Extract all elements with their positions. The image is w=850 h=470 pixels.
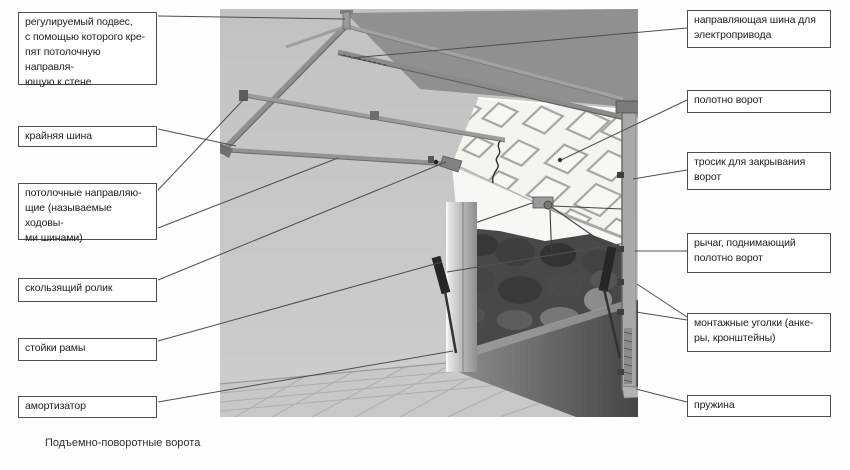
label-adjustable-hanger: регулируемый подвес, с помощью которого … bbox=[18, 12, 157, 85]
label-lifting-lever: рычаг, поднимающий полотно ворот bbox=[687, 233, 831, 273]
spring-coil bbox=[624, 328, 632, 384]
label-door-leaf: полотно ворот bbox=[687, 90, 831, 113]
diagram-page: регулируемый подвес, с помощью которого … bbox=[0, 0, 850, 470]
label-end-rail: крайняя шина bbox=[18, 126, 157, 147]
label-ceiling-tracks: потолочные направляю- щие (называемые хо… bbox=[18, 183, 157, 240]
label-drive-rail: направляющая шина для электропривода bbox=[687, 10, 831, 48]
label-shock-absorber: амортизатор bbox=[18, 396, 157, 418]
garage-photo bbox=[216, 9, 650, 417]
sliding-roller bbox=[428, 156, 434, 163]
label-frame-posts: стойки рамы bbox=[18, 338, 157, 361]
left-jamb-post bbox=[446, 202, 477, 372]
label-closing-cable: тросик для закрывания ворот bbox=[687, 152, 831, 190]
label-sliding-roller: скользящий ролик bbox=[18, 278, 157, 302]
label-mounting-brackets: монтажные уголки (анке- ры, кронштейны) bbox=[687, 313, 831, 352]
leader-endpoint-dot bbox=[558, 158, 562, 162]
label-spring: пружина bbox=[687, 395, 831, 417]
figure-caption: Подъемно-поворотные ворота bbox=[45, 437, 200, 450]
